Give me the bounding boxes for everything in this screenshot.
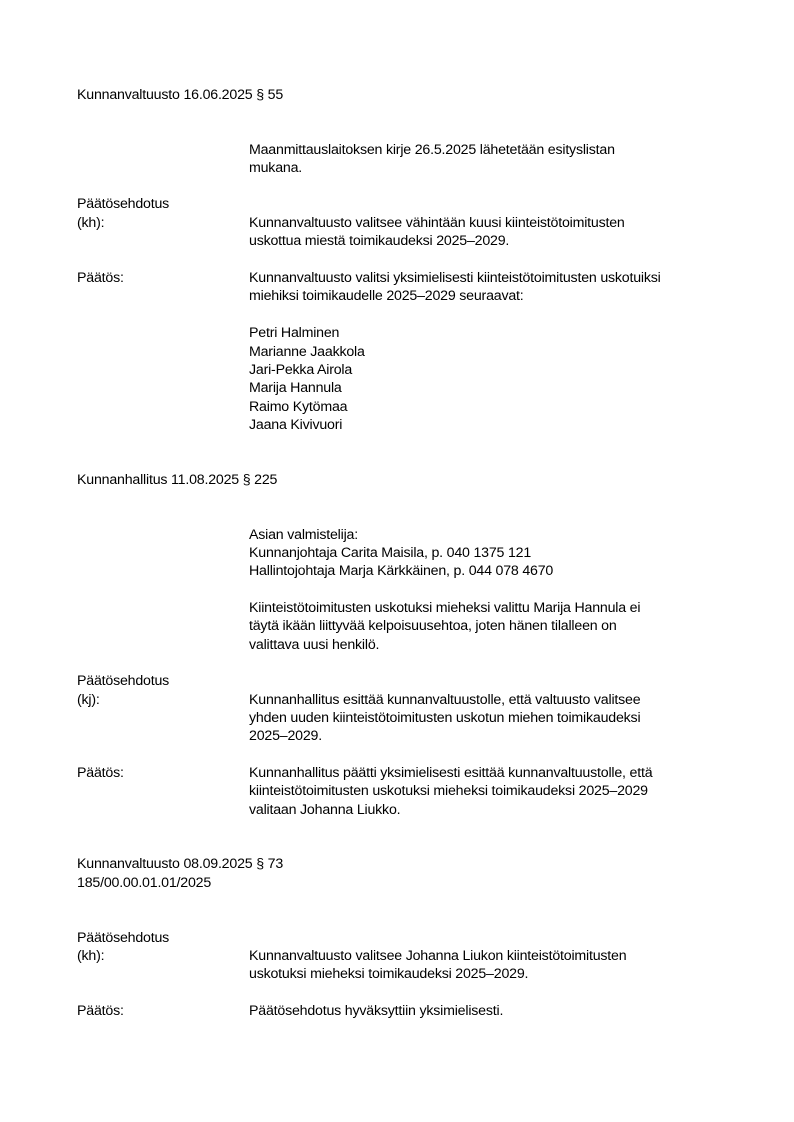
section-3-decision-label: Päätös: <box>77 1002 124 1020</box>
section-2-decision-label: Päätös: <box>77 764 124 782</box>
section-3-reference: 185/00.00.01.01/2025 <box>77 874 211 892</box>
section-2-proposal-line: Kunnanhallitus esittää kunnanvaltuustoll… <box>249 691 640 709</box>
section-1-proposal-label-suffix: (kh): <box>77 214 104 232</box>
appointee-name: Jari-Pekka Airola <box>249 361 352 379</box>
section-1-decision-line: miehiksi toimikaudelle 2025–2029 seuraav… <box>249 287 524 305</box>
section-2-decision-line: Kunnanhallitus päätti yksimielisesti esi… <box>249 764 652 782</box>
appointee-name: Petri Halminen <box>249 324 339 342</box>
appointee-name: Marija Hannula <box>249 379 342 397</box>
section-2-intro-line: täytä ikään liittyvää kelpoisuusehtoa, j… <box>249 617 617 635</box>
appointee-name: Marianne Jaakkola <box>249 343 365 361</box>
appointee-name: Jaana Kivivuori <box>249 416 342 434</box>
section-1-intro-line: Maanmittauslaitoksen kirje 26.5.2025 läh… <box>249 141 615 159</box>
section-3-decision-line: Päätösehdotus hyväksyttiin yksimielisest… <box>249 1002 503 1020</box>
appointee-name: Raimo Kytömaa <box>249 398 347 416</box>
section-1-proposal-line: uskottua miestä toimikaudeksi 2025–2029. <box>249 232 509 250</box>
section-2-intro-line: Kiinteistötoimitusten uskotuksi mieheksi… <box>249 599 640 617</box>
section-1-proposal-line: Kunnanvaltuusto valitsee vähintään kuusi… <box>249 214 625 232</box>
section-2-proposal-label-suffix: (kj): <box>77 691 100 709</box>
section-1-header: Kunnanvaltuusto 16.06.2025 § 55 <box>77 86 283 104</box>
section-2-proposal-line: 2025–2029. <box>249 727 322 745</box>
section-3-proposal-label-suffix: (kh): <box>77 947 104 965</box>
section-2-proposal-label: Päätösehdotus <box>77 672 169 690</box>
section-3-proposal-line: Kunnanvaltuusto valitsee Johanna Liukon … <box>249 947 626 965</box>
section-2-header: Kunnanhallitus 11.08.2025 § 225 <box>77 471 277 489</box>
section-2-proposal-line: yhden uuden kiinteistötoimitusten uskotu… <box>249 709 640 727</box>
section-1-intro-line: mukana. <box>249 159 302 177</box>
section-1-decision-label: Päätös: <box>77 269 124 287</box>
section-3-proposal-label: Päätösehdotus <box>77 929 169 947</box>
section-3-header: Kunnanvaltuusto 08.09.2025 § 73 <box>77 855 283 873</box>
preparer-heading: Asian valmistelija: <box>249 526 358 544</box>
preparer-line: Kunnanjohtaja Carita Maisila, p. 040 137… <box>249 544 531 562</box>
section-1-proposal-label: Päätösehdotus <box>77 195 169 213</box>
preparer-line: Hallintojohtaja Marja Kärkkäinen, p. 044… <box>249 562 553 580</box>
section-2-decision-line: valitaan Johanna Liukko. <box>249 801 400 819</box>
section-1-decision-line: Kunnanvaltuusto valitsi yksimielisesti k… <box>249 269 661 287</box>
section-2-intro-line: valittava uusi henkilö. <box>249 636 379 654</box>
section-2-decision-line: kiinteistötoimitusten uskotuksi mieheksi… <box>249 782 648 800</box>
section-3-proposal-line: uskotuksi mieheksi toimikaudeksi 2025–20… <box>249 965 528 983</box>
